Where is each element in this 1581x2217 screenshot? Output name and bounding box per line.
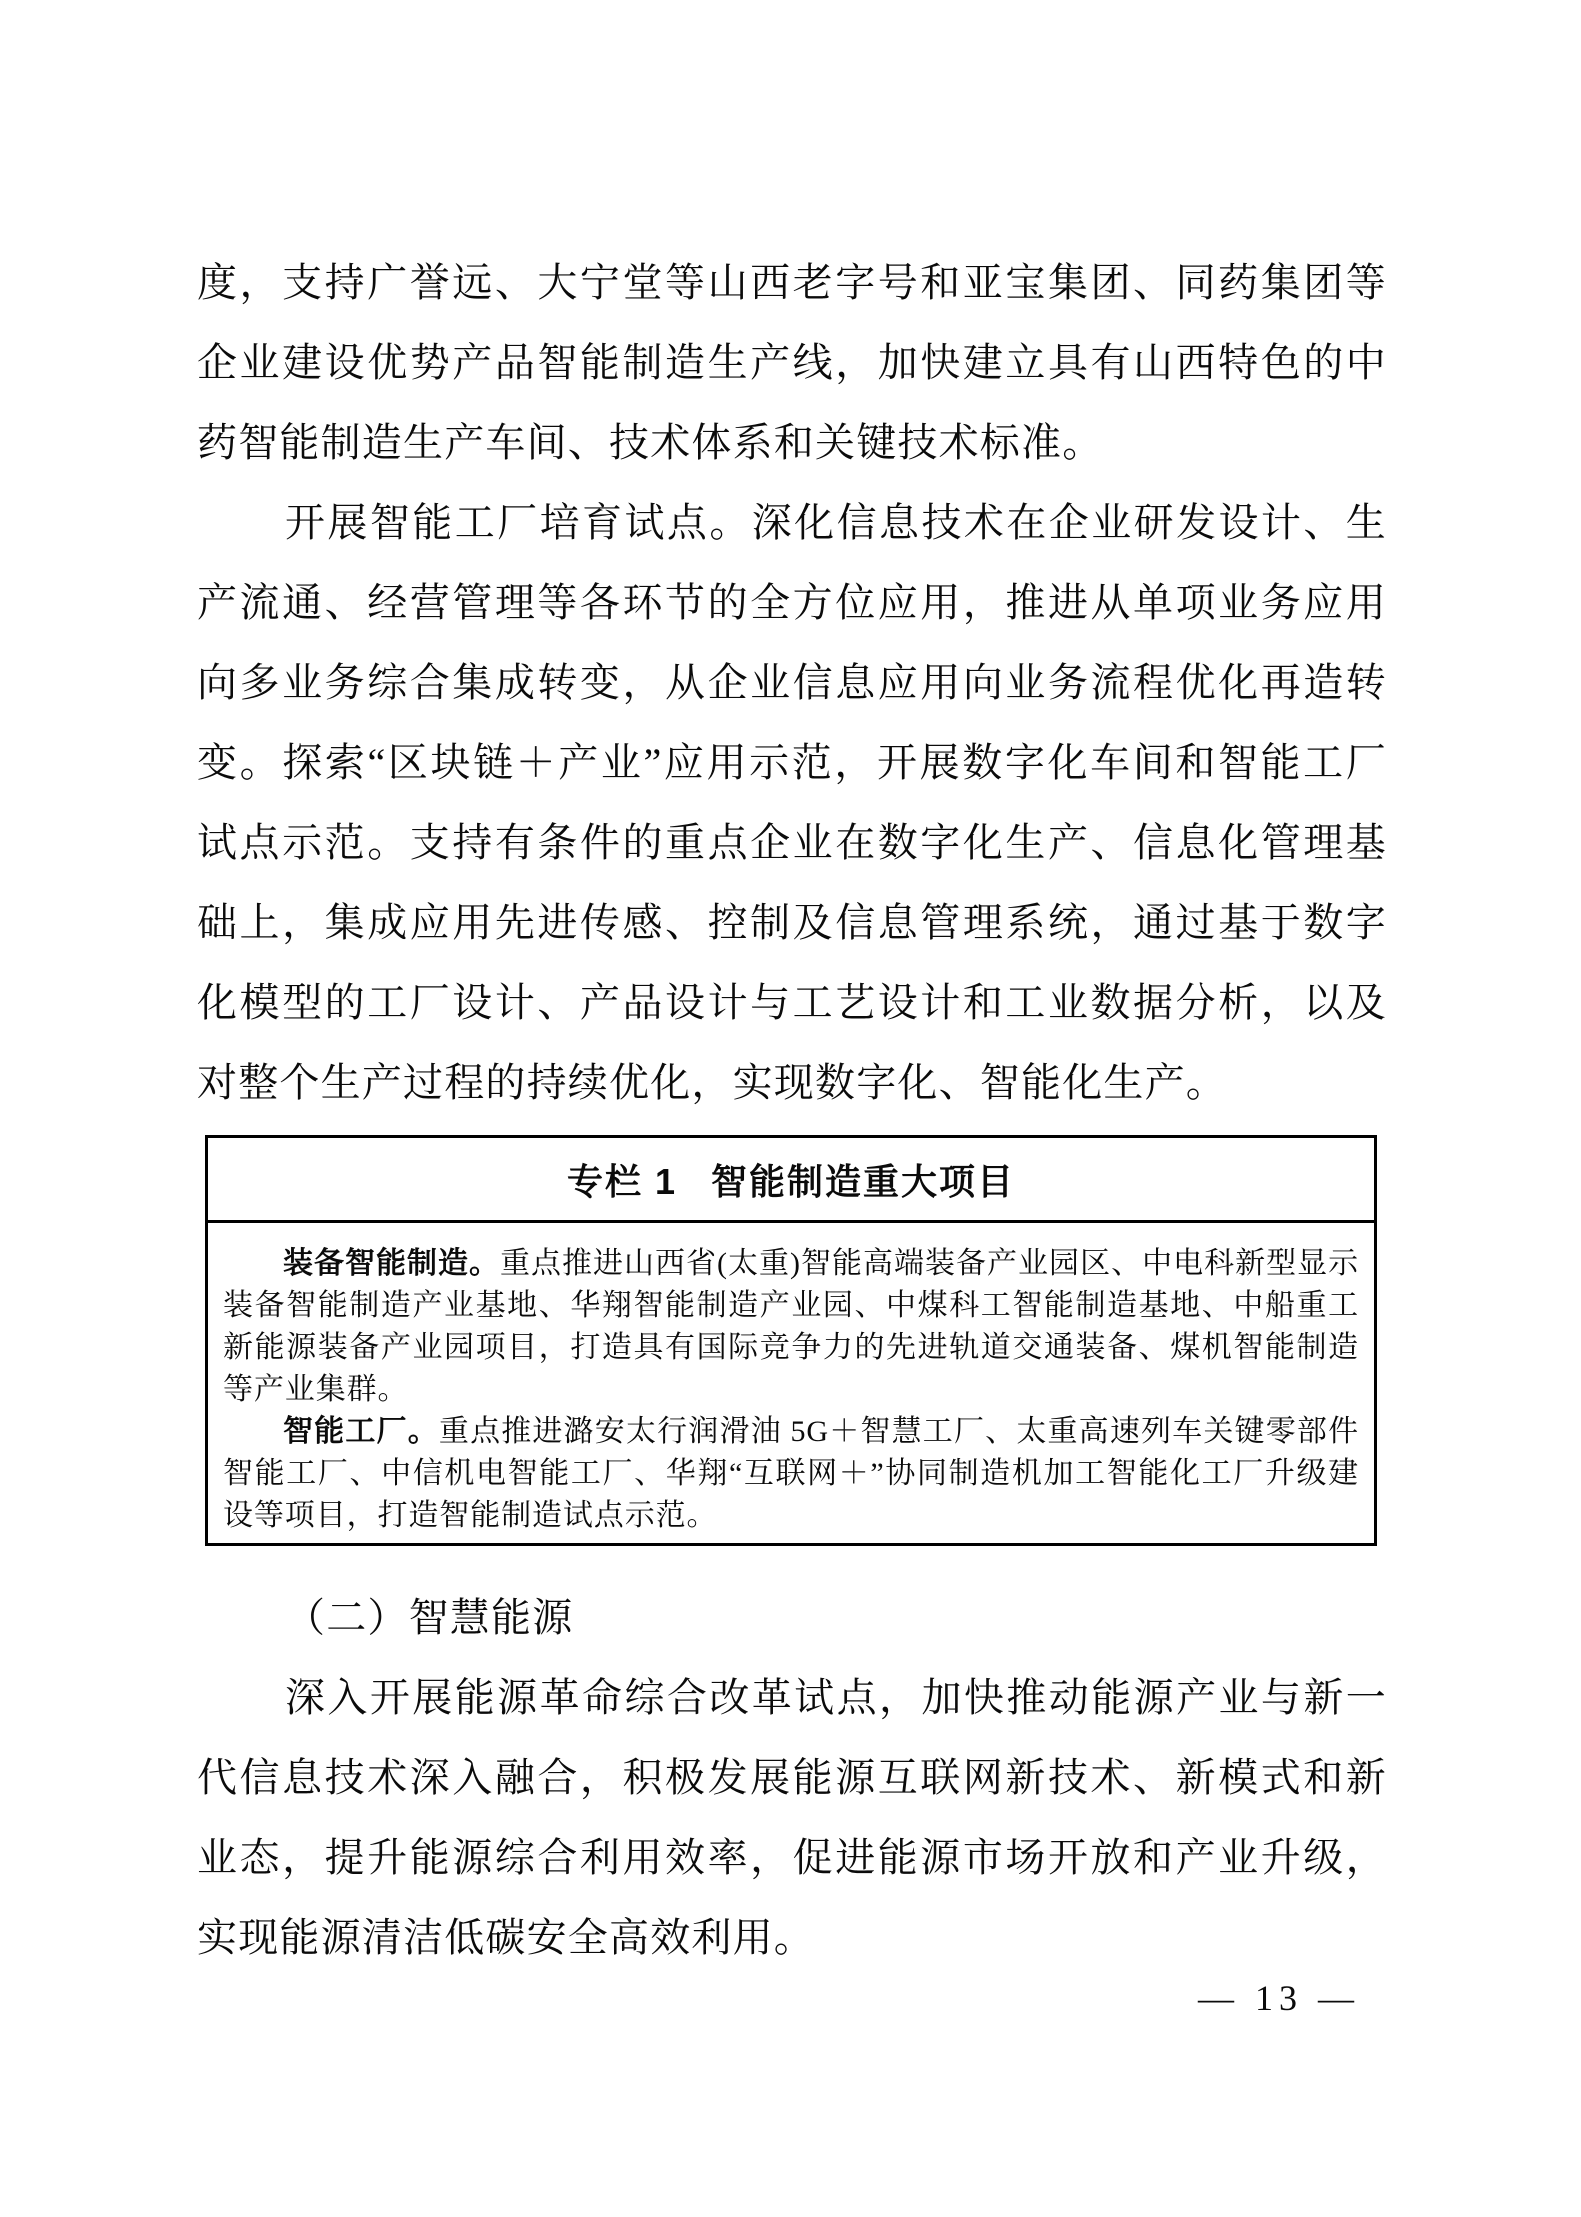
callout-item-lead: 智能工厂。 [283,1415,439,1448]
callout-box-header: 专栏 1 智能制造重大项目 [208,1138,1374,1223]
paragraph-energy-revolution: 深入开展能源革命综合改革试点，加快推动能源产业与新一代信息技术深入融合，积极发展… [197,1658,1387,1978]
callout-box-label: 专栏 1 [567,1154,677,1205]
document-page: 度，支持广誉远、大宁堂等山西老字号和亚宝集团、同药集团等企业建设优势产品智能制造… [0,0,1581,2217]
callout-item-smart-factory: 智能工厂。重点推进潞安太行润滑油 5G＋智慧工厂、太重高速列车关键零部件智能工厂… [223,1411,1359,1537]
paragraph-smart-factory-pilot: 开展智能工厂培育试点。深化信息技术在企业研发设计、生产流通、经营管理等各环节的全… [197,483,1387,1123]
callout-box-title: 智能制造重大项目 [711,1154,1015,1205]
paragraph-tcm-smart-manufacturing: 度，支持广誉远、大宁堂等山西老字号和亚宝集团、同药集团等企业建设优势产品智能制造… [197,243,1387,483]
callout-box-major-projects: 专栏 1 智能制造重大项目 装备智能制造。重点推进山西省(太重)智能高端装备产业… [205,1135,1377,1546]
section-heading-smart-energy: （二）智慧能源 [197,1578,1387,1658]
page-content: 度，支持广誉远、大宁堂等山西老字号和亚宝集团、同药集团等企业建设优势产品智能制造… [197,243,1387,1978]
callout-box-body: 装备智能制造。重点推进山西省(太重)智能高端装备产业园区、中电科新型显示装备智能… [208,1223,1374,1543]
page-number: — 13 — [1198,1978,1360,2018]
callout-item-lead: 装备智能制造。 [283,1247,500,1280]
callout-item-equipment-manufacturing: 装备智能制造。重点推进山西省(太重)智能高端装备产业园区、中电科新型显示装备智能… [223,1243,1359,1411]
